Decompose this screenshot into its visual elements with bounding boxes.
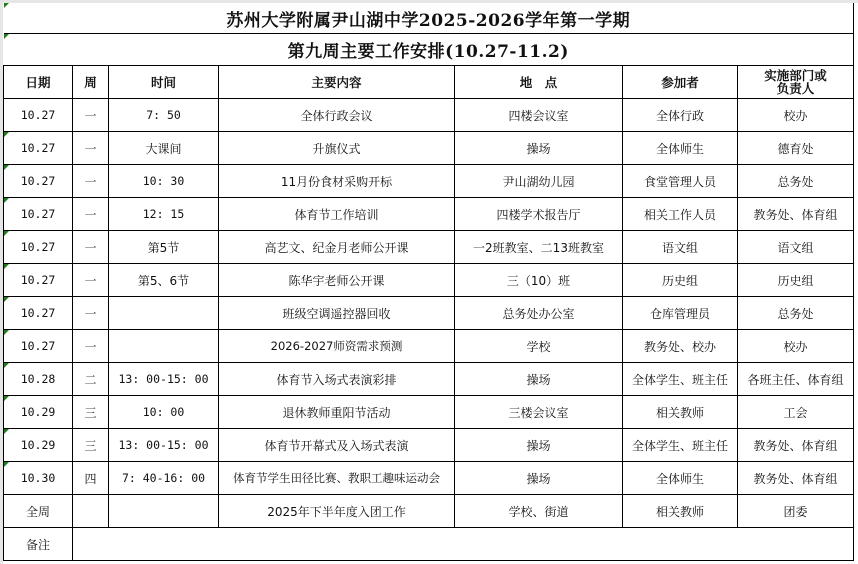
comment-marker-icon (4, 363, 9, 368)
cell-content[interactable]: 陈华宇老师公开课 (219, 264, 455, 297)
cell-dept[interactable]: 总务处 (738, 165, 854, 198)
cell-time[interactable]: 12: 15 (109, 198, 219, 231)
cell-dept[interactable]: 历史组 (738, 264, 854, 297)
comment-marker-icon (4, 132, 9, 137)
cell-time[interactable]: 大课间 (109, 132, 219, 165)
cell-date[interactable]: 10.29 (4, 396, 73, 429)
cell-time[interactable]: 第5节 (109, 231, 219, 264)
header-date[interactable]: 日期 (4, 66, 73, 99)
cell-location[interactable]: 一2班教室、二13班教室 (455, 231, 623, 264)
cell-participants[interactable]: 全体师生 (623, 132, 738, 165)
cell-weekday[interactable]: 一 (73, 264, 109, 297)
cell-participants[interactable]: 全体学生、班主任 (623, 429, 738, 462)
cell-participants[interactable]: 相关工作人员 (623, 198, 738, 231)
cell-time[interactable] (109, 495, 219, 528)
cell-location[interactable]: 四楼会议室 (455, 99, 623, 132)
comment-marker-icon (4, 198, 9, 203)
cell-participants[interactable]: 全体学生、班主任 (623, 363, 738, 396)
comment-marker-icon (4, 165, 9, 170)
cell-weekday[interactable]: 一 (73, 297, 109, 330)
table-row: 10.27 一 班级空调遥控器回收 总务处办公室 仓库管理员 总务处 (4, 297, 854, 330)
cell-dept[interactable]: 校办 (738, 99, 854, 132)
document-title: 苏州大学附属尹山湖中学2025-2026学年第一学期 (226, 11, 630, 31)
cell-date[interactable]: 10.29 (4, 429, 73, 462)
cell-date[interactable]: 10.30 (4, 462, 73, 495)
cell-dept[interactable]: 语文组 (738, 231, 854, 264)
cell-date[interactable]: 10.27 (4, 297, 73, 330)
cell-participants[interactable]: 仓库管理员 (623, 297, 738, 330)
week-title-cell[interactable]: 第九周主要工作安排(10.27-11.2) (4, 34, 854, 66)
comment-marker-icon (4, 462, 9, 467)
table-row: 全周 2025年下半年度入团工作 学校、街道 相关教师 团委 (4, 495, 854, 528)
schedule-table: 苏州大学附属尹山湖中学2025-2026学年第一学期 第九周主要工作安排(10.… (3, 3, 854, 561)
cell-participants[interactable]: 教务处、校办 (623, 330, 738, 363)
cell-weekday[interactable]: 二 (73, 363, 109, 396)
cell-time[interactable]: 7: 50 (109, 99, 219, 132)
cell-date[interactable]: 10.27 (4, 231, 73, 264)
table-row: 10.28 二 13: 00-15: 00 体育节入场式表演彩排 操场 全体学生… (4, 363, 854, 396)
table-row: 10.29 三 10: 00 退休教师重阳节活动 三楼会议室 相关教师 工会 (4, 396, 854, 429)
cell-weekday[interactable]: 一 (73, 231, 109, 264)
cell-date-text: 10.28 (21, 372, 56, 386)
cell-date[interactable]: 10.27 (4, 132, 73, 165)
cell-participants[interactable]: 全体师生 (623, 462, 738, 495)
cell-participants[interactable]: 相关教师 (623, 495, 738, 528)
header-weekday[interactable]: 周 (73, 66, 109, 99)
cell-dept[interactable]: 总务处 (738, 297, 854, 330)
cell-date[interactable]: 10.27 (4, 198, 73, 231)
cell-weekday[interactable]: 三 (73, 396, 109, 429)
cell-content[interactable]: 体育节入场式表演彩排 (219, 363, 455, 396)
cell-participants[interactable]: 全体行政 (623, 99, 738, 132)
cell-time[interactable] (109, 330, 219, 363)
cell-time[interactable]: 第5、6节 (109, 264, 219, 297)
cell-weekday[interactable]: 一 (73, 132, 109, 165)
cell-time[interactable]: 10: 00 (109, 396, 219, 429)
cell-weekday[interactable]: 一 (73, 198, 109, 231)
cell-content[interactable]: 2026-2027师资需求预测 (219, 330, 455, 363)
table-row: 10.27 一 第5节 高艺文、纪金月老师公开课 一2班教室、二13班教室 语文… (4, 231, 854, 264)
cell-dept[interactable]: 教务处、体育组 (738, 462, 854, 495)
cell-location[interactable]: 三楼会议室 (455, 396, 623, 429)
cell-participants[interactable]: 语文组 (623, 231, 738, 264)
cell-location[interactable]: 操场 (455, 132, 623, 165)
cell-weekday[interactable]: 一 (73, 165, 109, 198)
table-row: 10.27 一 12: 15 体育节工作培训 四楼学术报告厅 相关工作人员 教务… (4, 198, 854, 231)
cell-location[interactable]: 学校 (455, 330, 623, 363)
remarks-label[interactable]: 备注 (4, 528, 73, 561)
cell-participants[interactable]: 食堂管理人员 (623, 165, 738, 198)
header-dept-line2: 负责人 (738, 82, 853, 95)
comment-marker-icon (4, 34, 9, 39)
cell-location[interactable]: 四楼学术报告厅 (455, 198, 623, 231)
cell-weekday[interactable]: 四 (73, 462, 109, 495)
header-time[interactable]: 时间 (109, 66, 219, 99)
cell-time[interactable]: 7: 40-16: 00 (109, 462, 219, 495)
cell-date-text: 10.27 (21, 174, 56, 188)
cell-date-text: 10.27 (21, 339, 56, 353)
comment-marker-icon (4, 231, 9, 236)
cell-date-text: 10.27 (21, 306, 56, 320)
cell-content[interactable]: 升旗仪式 (219, 132, 455, 165)
table-row: 10.29 三 13: 00-15: 00 体育节开幕式及入场式表演 操场 全体… (4, 429, 854, 462)
cell-date-text: 10.27 (21, 273, 56, 287)
cell-location[interactable]: 总务处办公室 (455, 297, 623, 330)
comment-marker-icon (4, 429, 9, 434)
header-participants[interactable]: 参加者 (623, 66, 738, 99)
cell-location[interactable]: 操场 (455, 462, 623, 495)
header-location[interactable]: 地 点 (455, 66, 623, 99)
cell-content[interactable]: 体育节学生田径比赛、教职工趣味运动会 (219, 462, 455, 495)
cell-time[interactable]: 13: 00-15: 00 (109, 429, 219, 462)
cell-content[interactable]: 2025年下半年度入团工作 (219, 495, 455, 528)
cell-content[interactable]: 班级空调遥控器回收 (219, 297, 455, 330)
cell-time[interactable]: 13: 00-15: 00 (109, 363, 219, 396)
document-title-cell[interactable]: 苏州大学附属尹山湖中学2025-2026学年第一学期 (4, 3, 854, 34)
cell-dept[interactable]: 各班主任、体育组 (738, 363, 854, 396)
comment-marker-icon (4, 264, 9, 269)
cell-time[interactable]: 10: 30 (109, 165, 219, 198)
cell-location[interactable]: 三（10）班 (455, 264, 623, 297)
cell-weekday[interactable]: 三 (73, 429, 109, 462)
header-dept[interactable]: 实施部门或 负责人 (738, 66, 854, 99)
remarks-value[interactable] (73, 528, 854, 561)
cell-date[interactable]: 10.27 (4, 99, 73, 132)
table-row: 10.27 一 第5、6节 陈华宇老师公开课 三（10）班 历史组 历史组 (4, 264, 854, 297)
cell-content[interactable]: 体育节开幕式及入场式表演 (219, 429, 455, 462)
cell-dept[interactable]: 校办 (738, 330, 854, 363)
cell-date[interactable]: 10.27 (4, 264, 73, 297)
cell-content[interactable]: 退休教师重阳节活动 (219, 396, 455, 429)
cell-date-text: 10.29 (21, 405, 56, 419)
cell-date-text: 10.27 (21, 141, 56, 155)
cell-date-text: 10.30 (21, 471, 56, 485)
comment-marker-icon (4, 396, 9, 401)
remarks-row: 备注 (4, 528, 854, 561)
cell-weekday[interactable]: 一 (73, 99, 109, 132)
comment-marker-icon (4, 3, 9, 8)
cell-date[interactable]: 10.27 (4, 165, 73, 198)
cell-dept[interactable]: 团委 (738, 495, 854, 528)
cell-dept[interactable]: 教务处、体育组 (738, 198, 854, 231)
cell-location[interactable]: 尹山湖幼儿园 (455, 165, 623, 198)
cell-date[interactable]: 10.28 (4, 363, 73, 396)
cell-weekday[interactable]: 一 (73, 330, 109, 363)
cell-dept[interactable]: 工会 (738, 396, 854, 429)
table-row: 10.27 一 2026-2027师资需求预测 学校 教务处、校办 校办 (4, 330, 854, 363)
cell-date[interactable]: 全周 (4, 495, 73, 528)
cell-location[interactable]: 学校、街道 (455, 495, 623, 528)
table-row: 10.27 一 7: 50 全体行政会议 四楼会议室 全体行政 校办 (4, 99, 854, 132)
header-content[interactable]: 主要内容 (219, 66, 455, 99)
comment-marker-icon (4, 297, 9, 302)
cell-time[interactable] (109, 297, 219, 330)
cell-content[interactable]: 体育节工作培训 (219, 198, 455, 231)
cell-date-text: 10.27 (21, 207, 56, 221)
cell-participants[interactable]: 历史组 (623, 264, 738, 297)
cell-content[interactable]: 全体行政会议 (219, 99, 455, 132)
cell-weekday[interactable] (73, 495, 109, 528)
cell-content[interactable]: 11月份食材采购开标 (219, 165, 455, 198)
cell-dept[interactable]: 教务处、体育组 (738, 429, 854, 462)
table-row: 10.30 四 7: 40-16: 00 体育节学生田径比赛、教职工趣味运动会 … (4, 462, 854, 495)
table-row: 10.27 一 10: 30 11月份食材采购开标 尹山湖幼儿园 食堂管理人员 … (4, 165, 854, 198)
cell-date-text: 10.27 (21, 240, 56, 254)
comment-marker-icon (4, 330, 9, 335)
cell-date[interactable]: 10.27 (4, 330, 73, 363)
table-row: 10.27 一 大课间 升旗仪式 操场 全体师生 德育处 (4, 132, 854, 165)
cell-participants[interactable]: 相关教师 (623, 396, 738, 429)
cell-location[interactable]: 操场 (455, 363, 623, 396)
cell-content[interactable]: 高艺文、纪金月老师公开课 (219, 231, 455, 264)
cell-location[interactable]: 操场 (455, 429, 623, 462)
cell-dept[interactable]: 德育处 (738, 132, 854, 165)
week-title: 第九周主要工作安排(10.27-11.2) (288, 42, 569, 62)
cell-date-text: 10.29 (21, 438, 56, 452)
header-row: 日期 周 时间 主要内容 地 点 参加者 实施部门或 负责人 (4, 66, 854, 99)
